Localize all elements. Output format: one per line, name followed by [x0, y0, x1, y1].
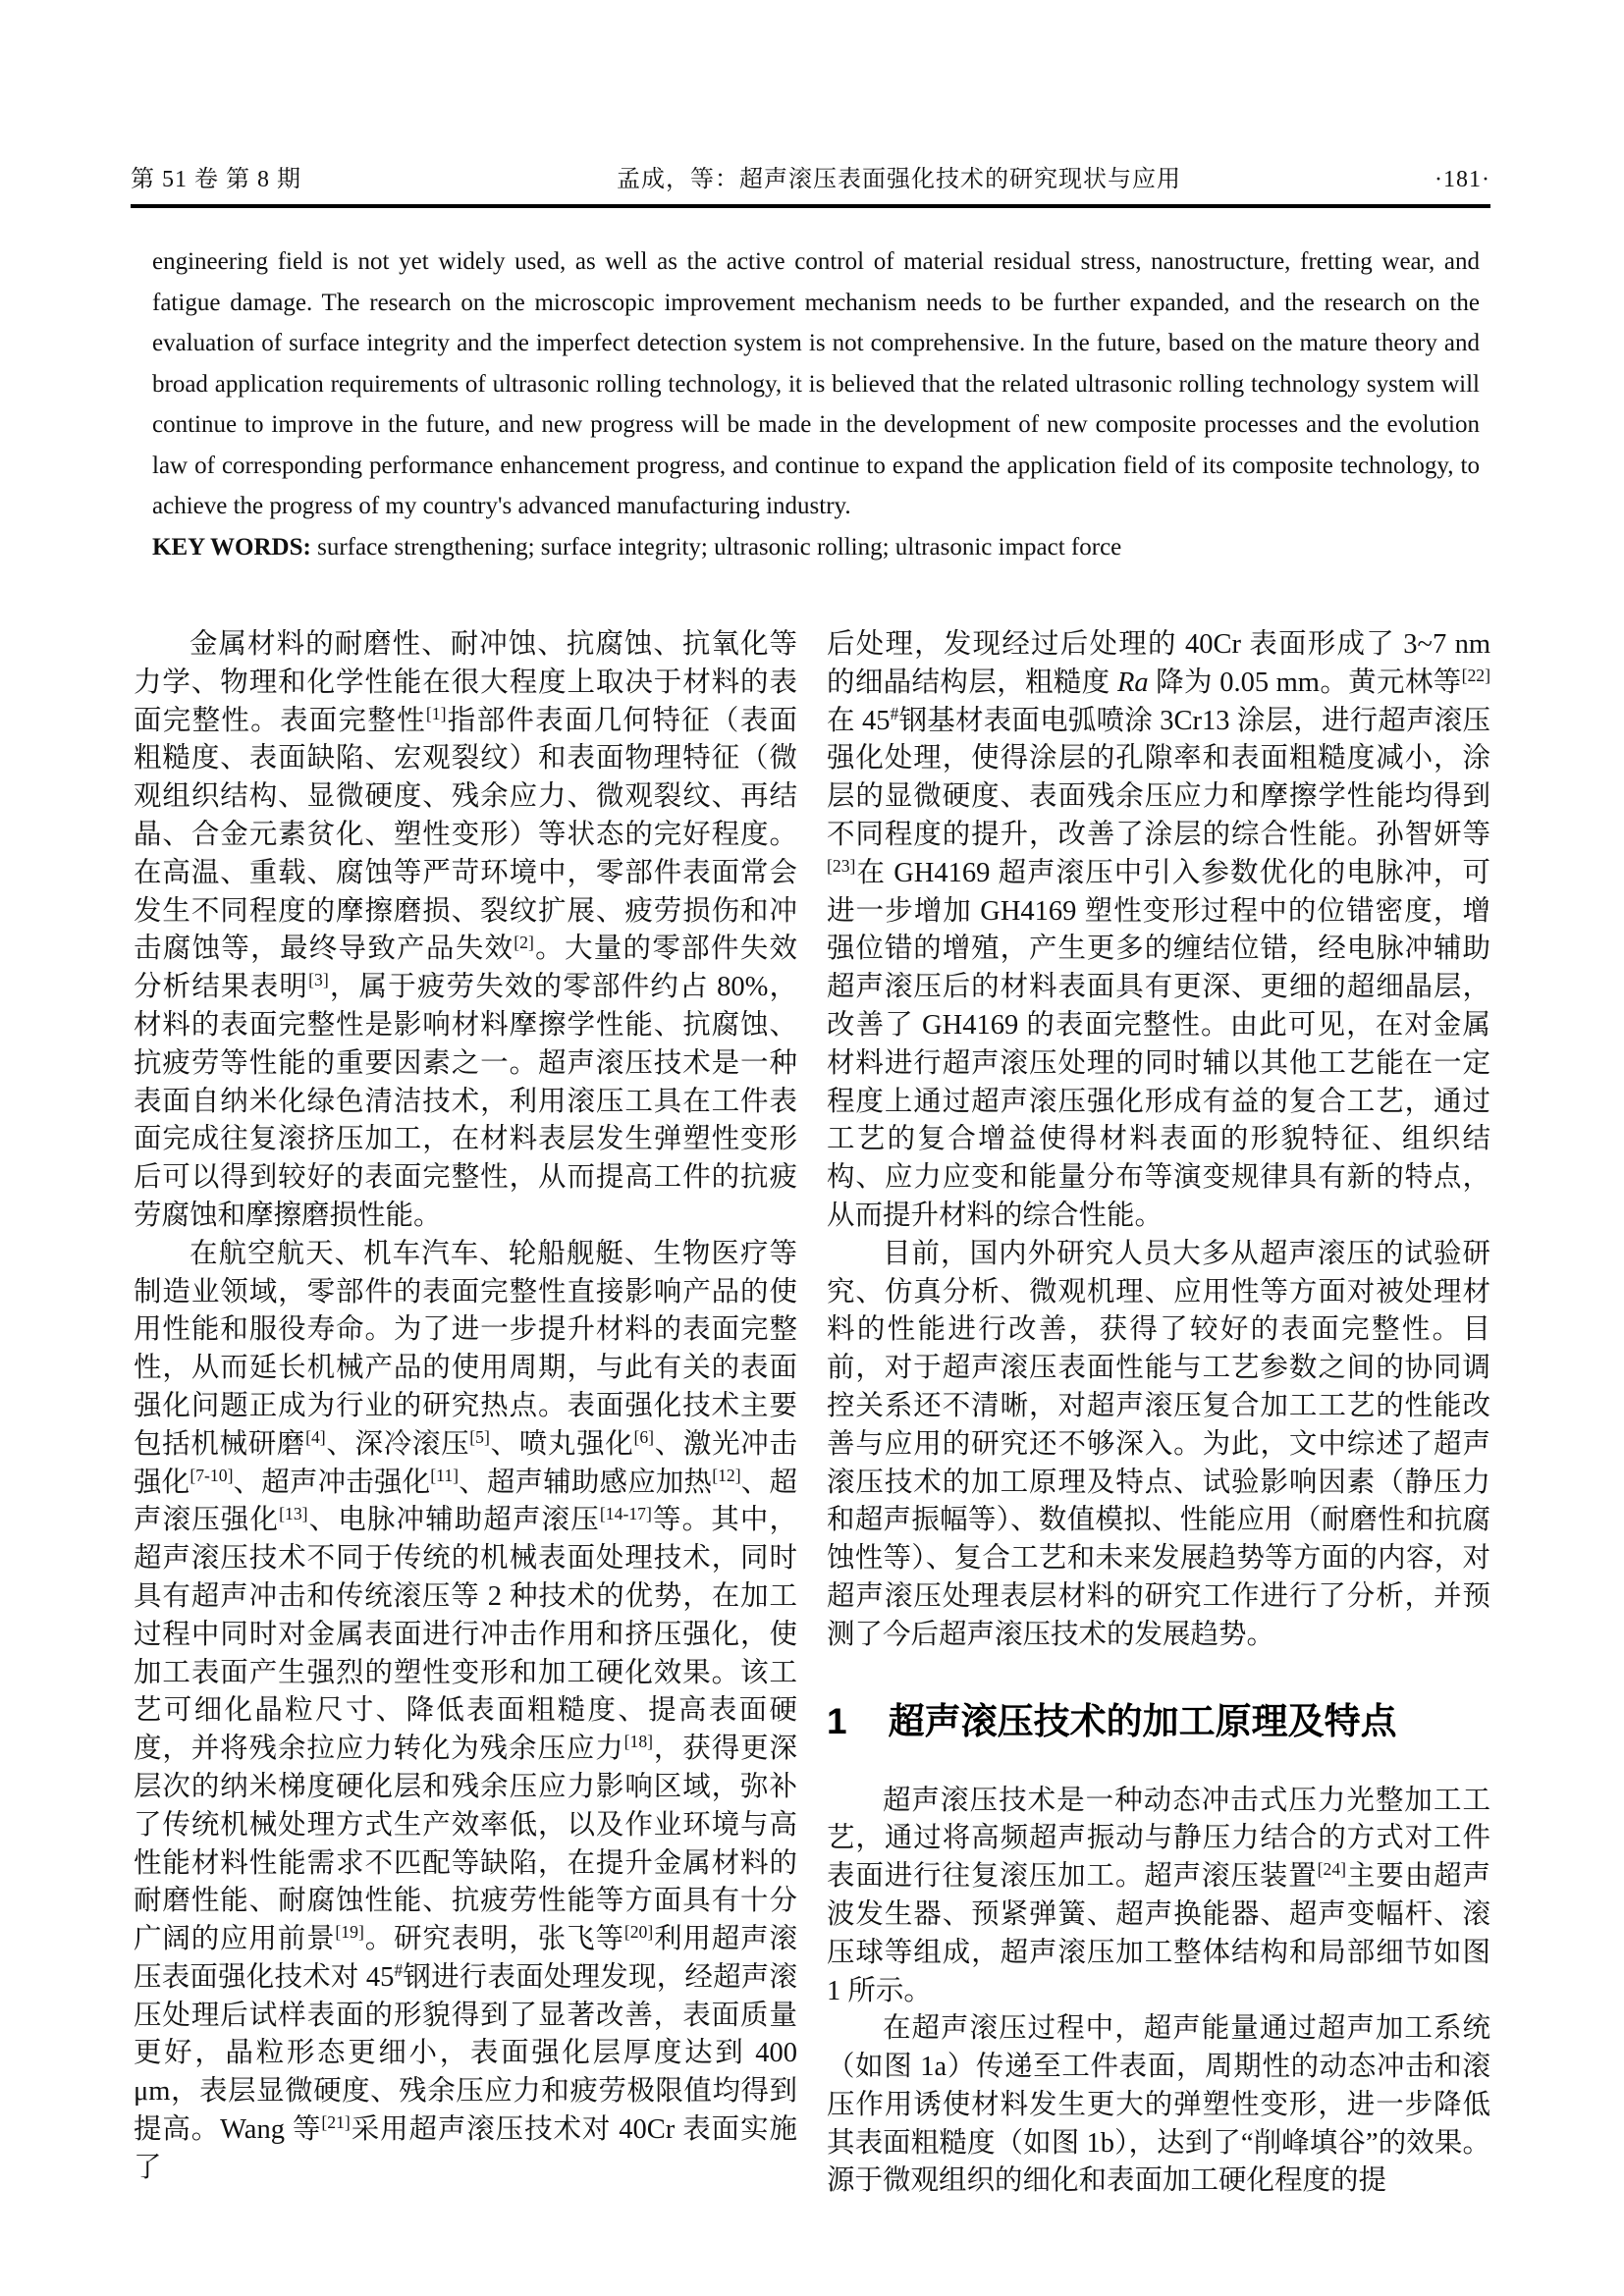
running-head: 第 51 卷 第 8 期 孟成，等：超声滚压表面强化技术的研究现状与应用 ·18… — [131, 159, 1490, 193]
abstract-section: engineering field is not yet widely used… — [152, 241, 1480, 567]
running-title: 孟成，等：超声滚压表面强化技术的研究现状与应用 — [464, 159, 1333, 193]
volume-issue-label: 第 51 卷 第 8 期 — [131, 159, 464, 193]
body-paragraph: 在超声滚压过程中，超声能量通过超声加工系统（如图 1a）传递至工件表面，周期性的… — [827, 2010, 1490, 2201]
body-paragraph: 超声滚压技术是一种动态冲击式压力光整加工工艺，通过将高频超声振动与静压力结合的方… — [827, 1783, 1490, 2011]
body-paragraph: 金属材料的耐磨性、耐冲蚀、抗腐蚀、抗氧化等力学、物理和化学性能在很大程度上取决于… — [134, 626, 797, 1236]
paper-page: 第 51 卷 第 8 期 孟成，等：超声滚压表面强化技术的研究现状与应用 ·18… — [0, 0, 1624, 2296]
section-number: 1 — [827, 1698, 847, 1745]
header-rule — [131, 204, 1490, 208]
keywords-label: KEY WORDS: — [152, 534, 311, 561]
section-title: 超声滚压技术的加工原理及特点 — [889, 1698, 1397, 1745]
section-1-heading: 1 超声滚压技术的加工原理及特点 — [827, 1698, 1490, 1745]
body-paragraph: 在航空航天、机车汽车、轮船舰艇、生物医疗等制造业领域，零部件的表面完整性直接影响… — [134, 1236, 797, 2188]
abstract-text: engineering field is not yet widely used… — [152, 241, 1480, 527]
right-column: 后处理，发现经过后处理的 40Cr 表面形成了 3~7 nm 的细晶结构层，粗糙… — [827, 626, 1490, 2201]
keywords-line: KEY WORDS: surface strengthening; surfac… — [152, 527, 1480, 568]
page-number: ·181· — [1333, 167, 1490, 193]
keywords-text: surface strengthening; surface integrity… — [317, 534, 1121, 561]
body-paragraph: 目前，国内外研究人员大多从超声滚压的试验研究、仿真分析、微观机理、应用性等方面对… — [827, 1236, 1490, 1655]
body-paragraph: 后处理，发现经过后处理的 40Cr 表面形成了 3~7 nm 的细晶结构层，粗糙… — [827, 626, 1490, 1236]
two-column-body: 金属材料的耐磨性、耐冲蚀、抗腐蚀、抗氧化等力学、物理和化学性能在很大程度上取决于… — [134, 626, 1490, 2201]
left-column: 金属材料的耐磨性、耐冲蚀、抗腐蚀、抗氧化等力学、物理和化学性能在很大程度上取决于… — [134, 626, 797, 2201]
